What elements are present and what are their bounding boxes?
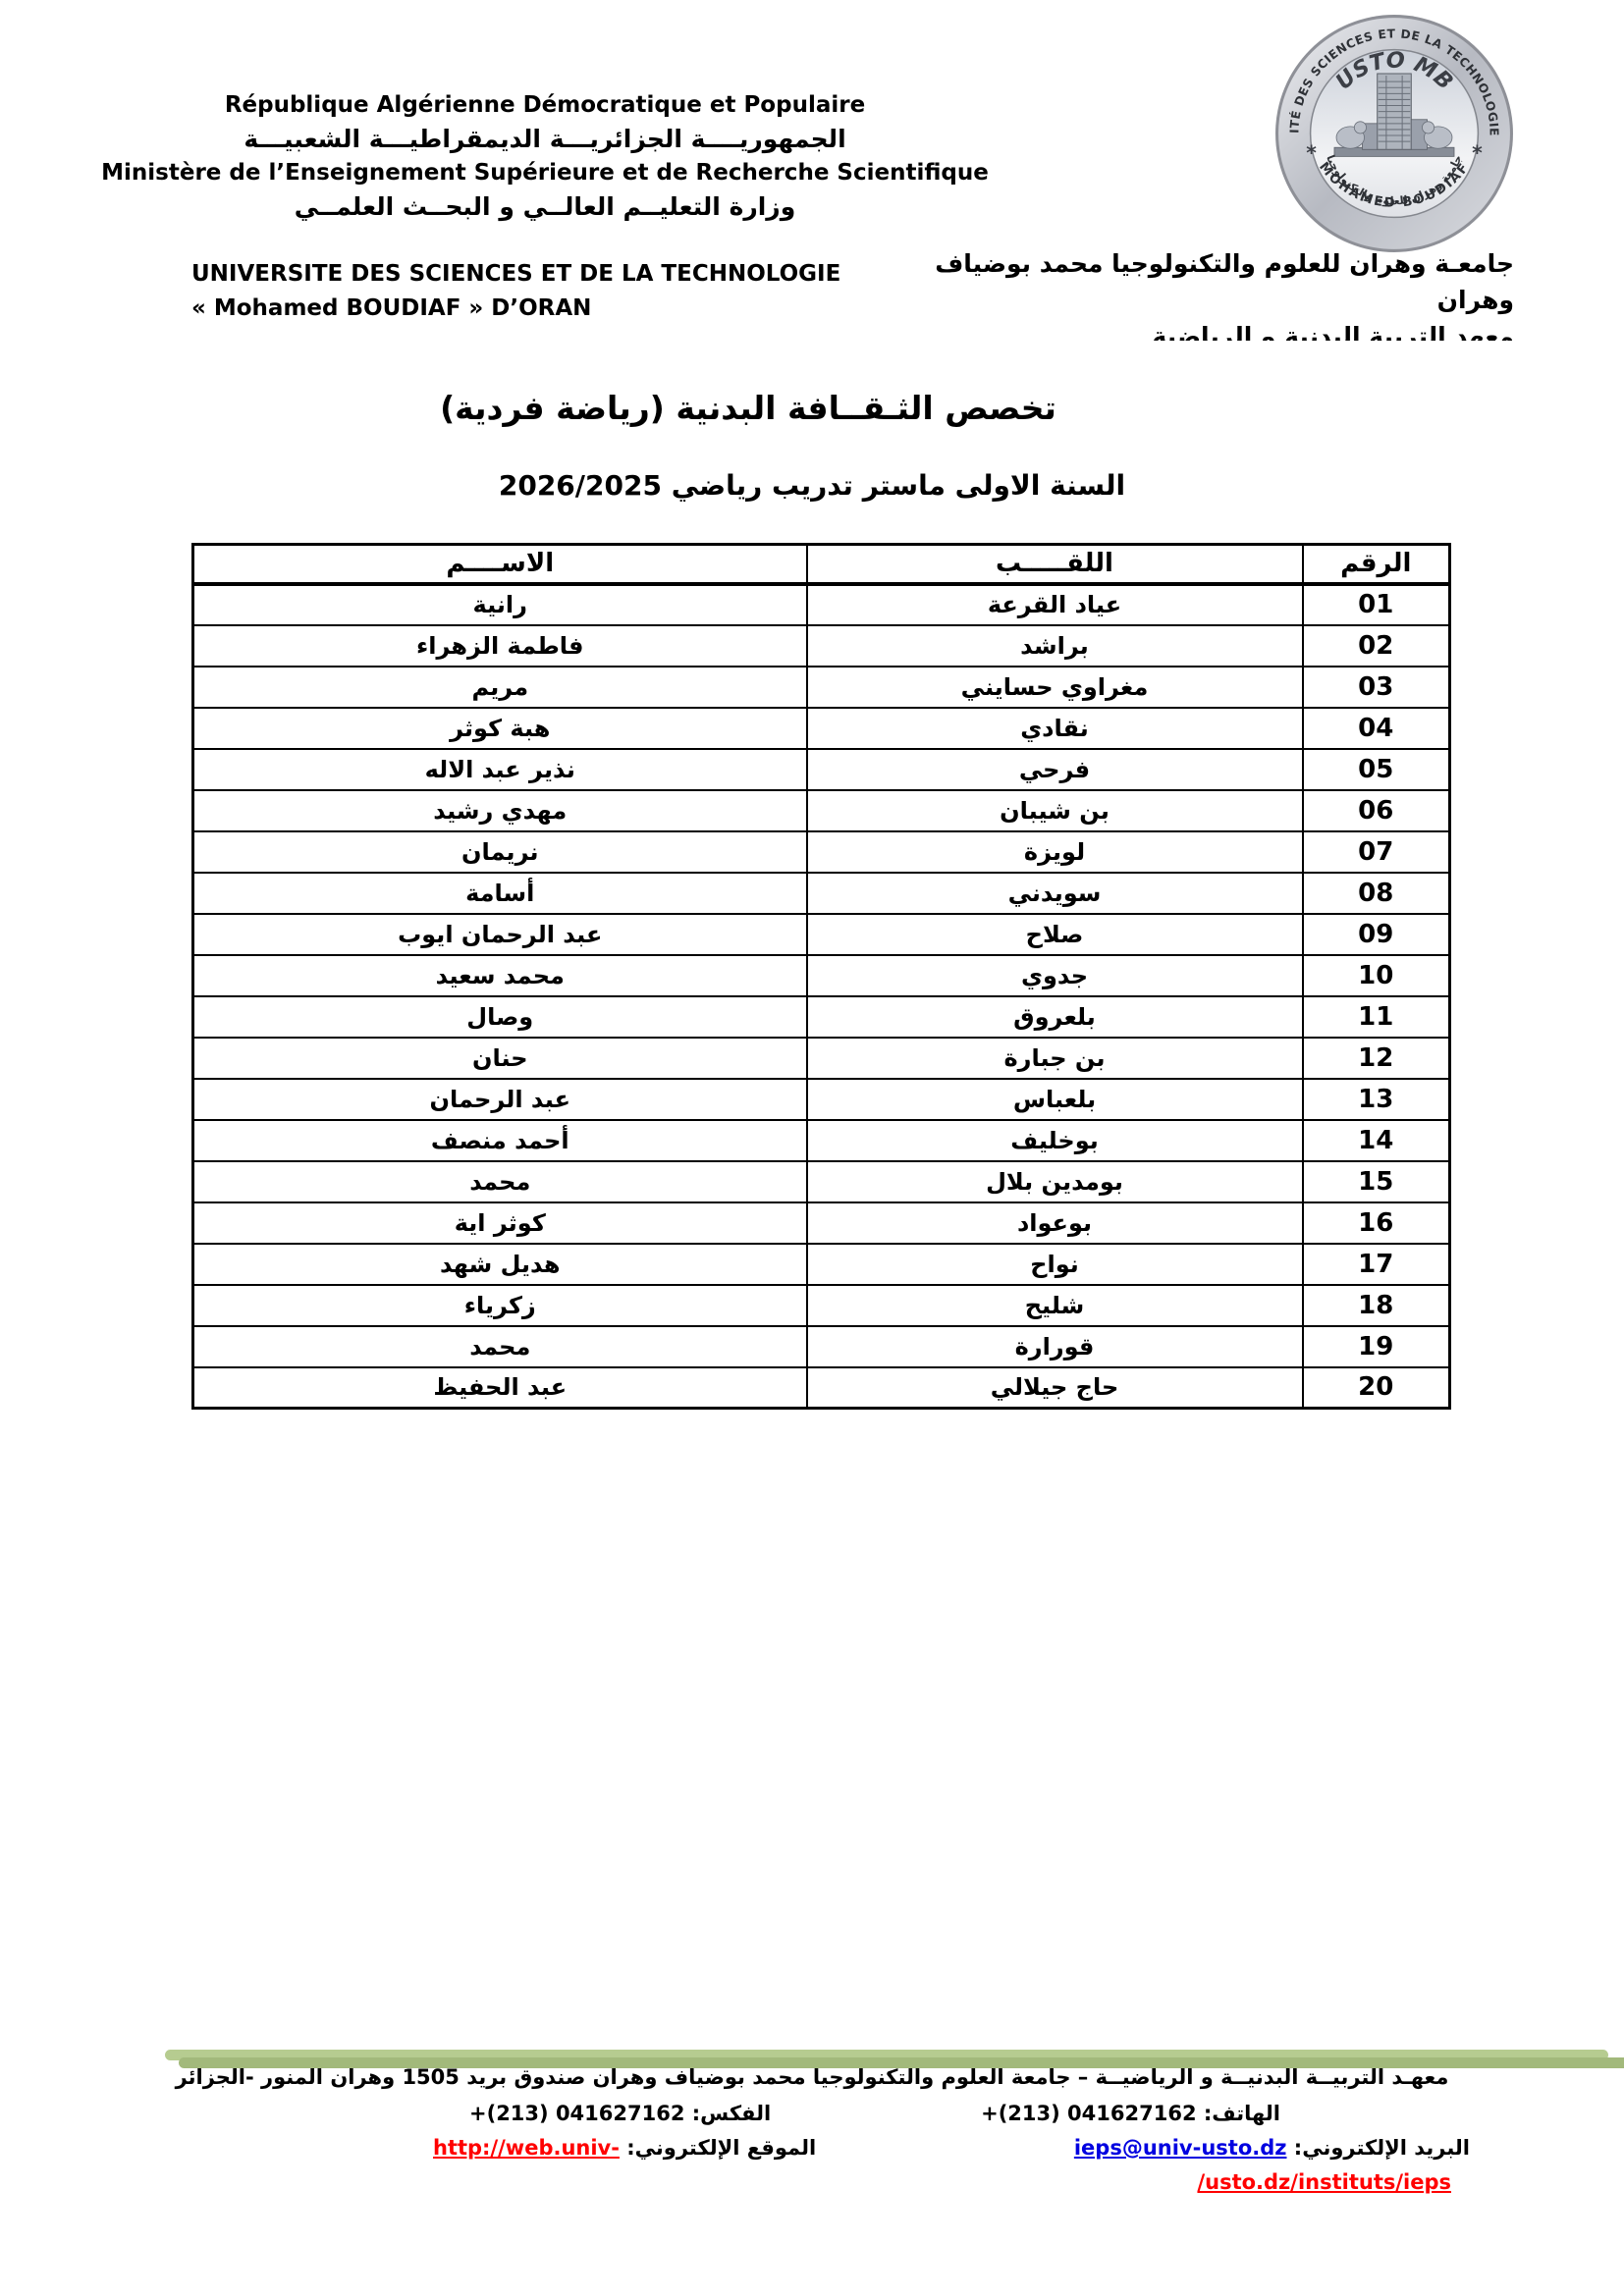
cell-name: رانية xyxy=(193,584,807,625)
cell-number: 10 xyxy=(1303,955,1450,996)
cell-surname: سويدني xyxy=(807,873,1303,914)
cell-name: كوثر اية xyxy=(193,1202,807,1244)
cell-surname: بن شيبان xyxy=(807,790,1303,831)
email-link[interactable]: ieps@univ-usto.dz xyxy=(1074,2136,1287,2160)
cell-surname: نواح xyxy=(807,1244,1303,1285)
table-row: 20حاج جيلاليعبد الحفيظ xyxy=(193,1367,1450,1409)
cell-surname: عياد القرعة xyxy=(807,584,1303,625)
cell-number: 03 xyxy=(1303,667,1450,708)
cell-surname: حاج جيلالي xyxy=(807,1367,1303,1409)
header-name: الاســــم xyxy=(193,545,807,584)
footer-website: الموقع الإلكتروني: http://web.univ- xyxy=(433,2136,816,2160)
university-name-ar: جامعـة وهران للعلوم والتكنولوجيا محمد بو… xyxy=(866,245,1514,341)
table-row: 07لويزةنريمان xyxy=(193,831,1450,873)
cell-surname: براشد xyxy=(807,625,1303,667)
footer-email: البريد الإلكتروني: ieps@univ-usto.dz xyxy=(1074,2136,1470,2160)
table-row: 17نواحهديل شهد xyxy=(193,1244,1450,1285)
cell-number: 06 xyxy=(1303,790,1450,831)
cell-name: زكرياء xyxy=(193,1285,807,1326)
cell-surname: بلعروق xyxy=(807,996,1303,1038)
cell-surname: قورارة xyxy=(807,1326,1303,1367)
cell-name: نذير عبد الاله xyxy=(193,749,807,790)
cell-number: 11 xyxy=(1303,996,1450,1038)
cell-surname: مغراوي حسايني xyxy=(807,667,1303,708)
table-row: 09صلاحعبد الرحمان ايوب xyxy=(193,914,1450,955)
cell-name: هبة كوثر xyxy=(193,708,807,749)
cell-name: عبد الرحمان xyxy=(193,1079,807,1120)
cell-number: 18 xyxy=(1303,1285,1450,1326)
cell-number: 05 xyxy=(1303,749,1450,790)
header-surname: اللقـــــب xyxy=(807,545,1303,584)
footer-fax: الفكس: +(213) 041627162 xyxy=(469,2102,771,2125)
cell-number: 13 xyxy=(1303,1079,1450,1120)
footer-address: معهـد التربيــة البدنيــة و الرياضيــة –… xyxy=(69,2065,1555,2089)
website-link-part2[interactable]: /usto.dz/instituts/ieps xyxy=(1197,2170,1451,2194)
table-row: 18شليحزكرياء xyxy=(193,1285,1450,1326)
republic-line-ar: الجمهوريــــة الجزائريـــة الديمقراطيـــ… xyxy=(0,122,1090,156)
fax-number: +(213) 041627162 xyxy=(469,2102,684,2125)
table-row: 16بوعوادكوثر اية xyxy=(193,1202,1450,1244)
cell-surname: صلاح xyxy=(807,914,1303,955)
university-ar-line3-clipped: معهد التربية البدنية و الرياضية xyxy=(866,318,1514,341)
cell-surname: بوعواد xyxy=(807,1202,1303,1244)
cell-surname: فرحي xyxy=(807,749,1303,790)
document-page: { "header": { "fr_line1": "République Al… xyxy=(0,0,1624,2296)
cell-name: عبد الحفيظ xyxy=(193,1367,807,1409)
ministry-line-ar: وزارة التعليــم العالــي و البحــث العلم… xyxy=(0,189,1090,224)
university-ar-line2: وهران xyxy=(866,282,1514,318)
table-row: 02براشدفاطمة الزهراء xyxy=(193,625,1450,667)
table-row: 10جدويمحمد سعيد xyxy=(193,955,1450,996)
cell-number: 01 xyxy=(1303,584,1450,625)
year-subtitle: السنة الاولى ماستر تدريب رياضي 2026/2025 xyxy=(0,469,1624,502)
university-fr-line1: UNIVERSITE DES SCIENCES ET DE LA TECHNOL… xyxy=(191,257,840,292)
cell-name: فاطمة الزهراء xyxy=(193,625,807,667)
students-table: الرقم اللقـــــب الاســــم 01عياد القرعة… xyxy=(191,543,1451,1410)
cell-name: وصال xyxy=(193,996,807,1038)
usto-logo: UNIVERSITÉ DES SCIENCES ET DE LA TECHNOL… xyxy=(1274,14,1514,253)
table-row: 11بلعروقوصال xyxy=(193,996,1450,1038)
table-header-row: الرقم اللقـــــب الاســــم xyxy=(193,545,1450,584)
cell-surname: لويزة xyxy=(807,831,1303,873)
cell-number: 15 xyxy=(1303,1161,1450,1202)
cell-name: محمد سعيد xyxy=(193,955,807,996)
cell-number: 17 xyxy=(1303,1244,1450,1285)
cell-number: 16 xyxy=(1303,1202,1450,1244)
website-label: الموقع الإلكتروني: xyxy=(626,2136,816,2160)
cell-number: 07 xyxy=(1303,831,1450,873)
fax-label: الفكس: xyxy=(692,2102,772,2125)
university-fr-line2: « Mohamed BOUDIAF » D’ORAN xyxy=(191,292,840,326)
cell-name: حنان xyxy=(193,1038,807,1079)
table-row: 08سويدنيأسامة xyxy=(193,873,1450,914)
cell-surname: جدوي xyxy=(807,955,1303,996)
header-number: الرقم xyxy=(1303,545,1450,584)
cell-number: 09 xyxy=(1303,914,1450,955)
cell-name: محمد xyxy=(193,1161,807,1202)
university-ar-line1: جامعـة وهران للعلوم والتكنولوجيا محمد بو… xyxy=(866,245,1514,282)
cell-surname: بلعباس xyxy=(807,1079,1303,1120)
phone-label: الهاتف: xyxy=(1204,2102,1280,2125)
cell-name: محمد xyxy=(193,1326,807,1367)
cell-number: 08 xyxy=(1303,873,1450,914)
ministry-header: République Algérienne Démocratique et Po… xyxy=(0,88,1090,224)
ministry-line-fr: Ministère de l’Enseignement Supérieure e… xyxy=(0,156,1090,189)
cell-name: هديل شهد xyxy=(193,1244,807,1285)
cell-number: 20 xyxy=(1303,1367,1450,1409)
table-row: 19قورارةمحمد xyxy=(193,1326,1450,1367)
cell-surname: شليح xyxy=(807,1285,1303,1326)
table-row: 14بوخليفأحمد منصف xyxy=(193,1120,1450,1161)
cell-name: مريم xyxy=(193,667,807,708)
cell-name: أسامة xyxy=(193,873,807,914)
cell-number: 19 xyxy=(1303,1326,1450,1367)
cell-name: أحمد منصف xyxy=(193,1120,807,1161)
cell-number: 12 xyxy=(1303,1038,1450,1079)
cell-name: مهدي رشيد xyxy=(193,790,807,831)
cell-number: 04 xyxy=(1303,708,1450,749)
logo-star-left: * xyxy=(1306,140,1317,164)
table-row: 03مغراوي حساينيمريم xyxy=(193,667,1450,708)
students-table-body: 01عياد القرعةرانية02براشدفاطمة الزهراء03… xyxy=(193,584,1450,1409)
table-row: 01عياد القرعةرانية xyxy=(193,584,1450,625)
table-row: 04نقاديهبة كوثر xyxy=(193,708,1450,749)
cell-surname: نقادي xyxy=(807,708,1303,749)
table-row: 06بن شيبانمهدي رشيد xyxy=(193,790,1450,831)
university-name-fr: UNIVERSITE DES SCIENCES ET DE LA TECHNOL… xyxy=(191,257,840,326)
email-label: البريد الإلكتروني: xyxy=(1294,2136,1470,2160)
cell-name: نريمان xyxy=(193,831,807,873)
cell-surname: بومدين بلال xyxy=(807,1161,1303,1202)
usto-logo-seal: UNIVERSITÉ DES SCIENCES ET DE LA TECHNOL… xyxy=(1274,14,1514,253)
table-row: 13بلعباسعبد الرحمان xyxy=(193,1079,1450,1120)
phone-number: +(213) 041627162 xyxy=(981,2102,1196,2125)
table-row: 05فرحينذير عبد الاله xyxy=(193,749,1450,790)
cell-number: 02 xyxy=(1303,625,1450,667)
cell-surname: بوخليف xyxy=(807,1120,1303,1161)
table-row: 15بومدين بلالمحمد xyxy=(193,1161,1450,1202)
logo-star-right: * xyxy=(1472,140,1483,164)
footer-phone: الهاتف: +(213) 041627162 xyxy=(981,2102,1280,2125)
specialty-title: تخصص الثـقــافة البدنية (رياضة فردية) xyxy=(0,389,1624,427)
table-row: 12بن جبارةحنان xyxy=(193,1038,1450,1079)
website-link-part1[interactable]: http://web.univ- xyxy=(433,2136,620,2160)
cell-number: 14 xyxy=(1303,1120,1450,1161)
cell-name: عبد الرحمان ايوب xyxy=(193,914,807,955)
republic-line-fr: République Algérienne Démocratique et Po… xyxy=(0,88,1090,122)
cell-surname: بن جبارة xyxy=(807,1038,1303,1079)
